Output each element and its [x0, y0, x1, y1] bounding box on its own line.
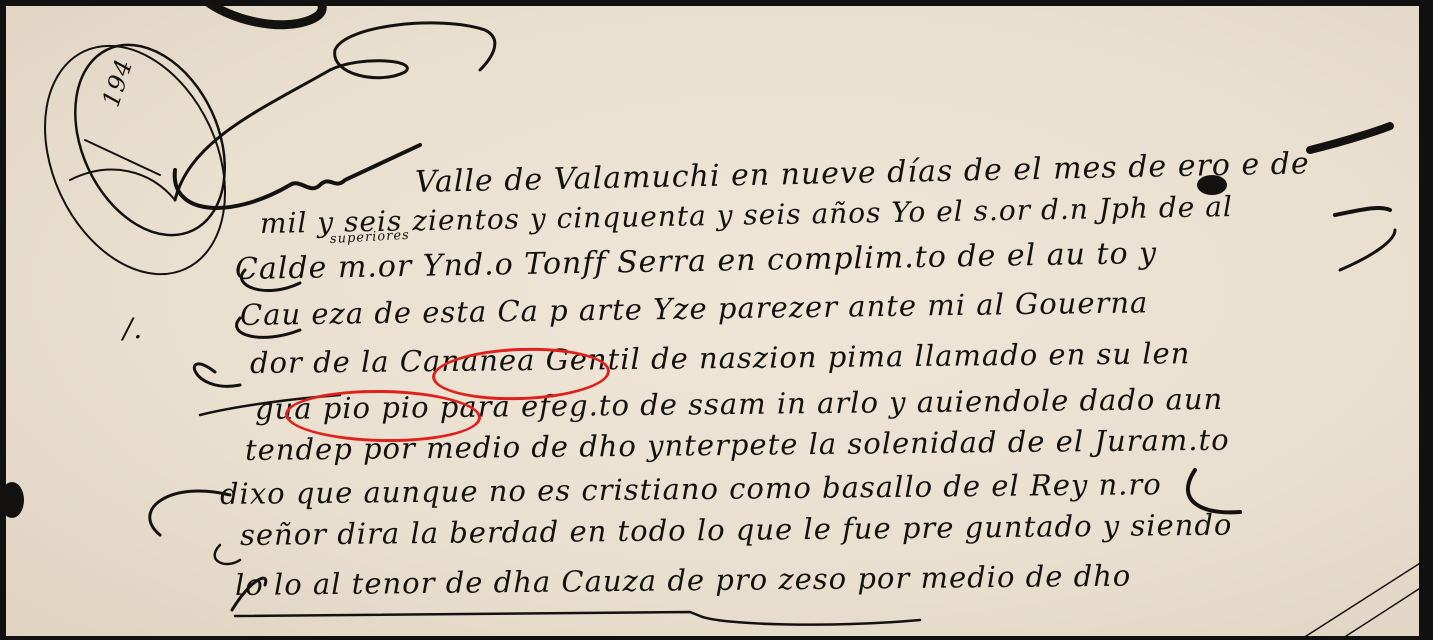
- scan-frame-bottom: [0, 636, 1433, 640]
- scan-frame-right: [1419, 0, 1433, 640]
- margin-mark: /.: [123, 312, 143, 345]
